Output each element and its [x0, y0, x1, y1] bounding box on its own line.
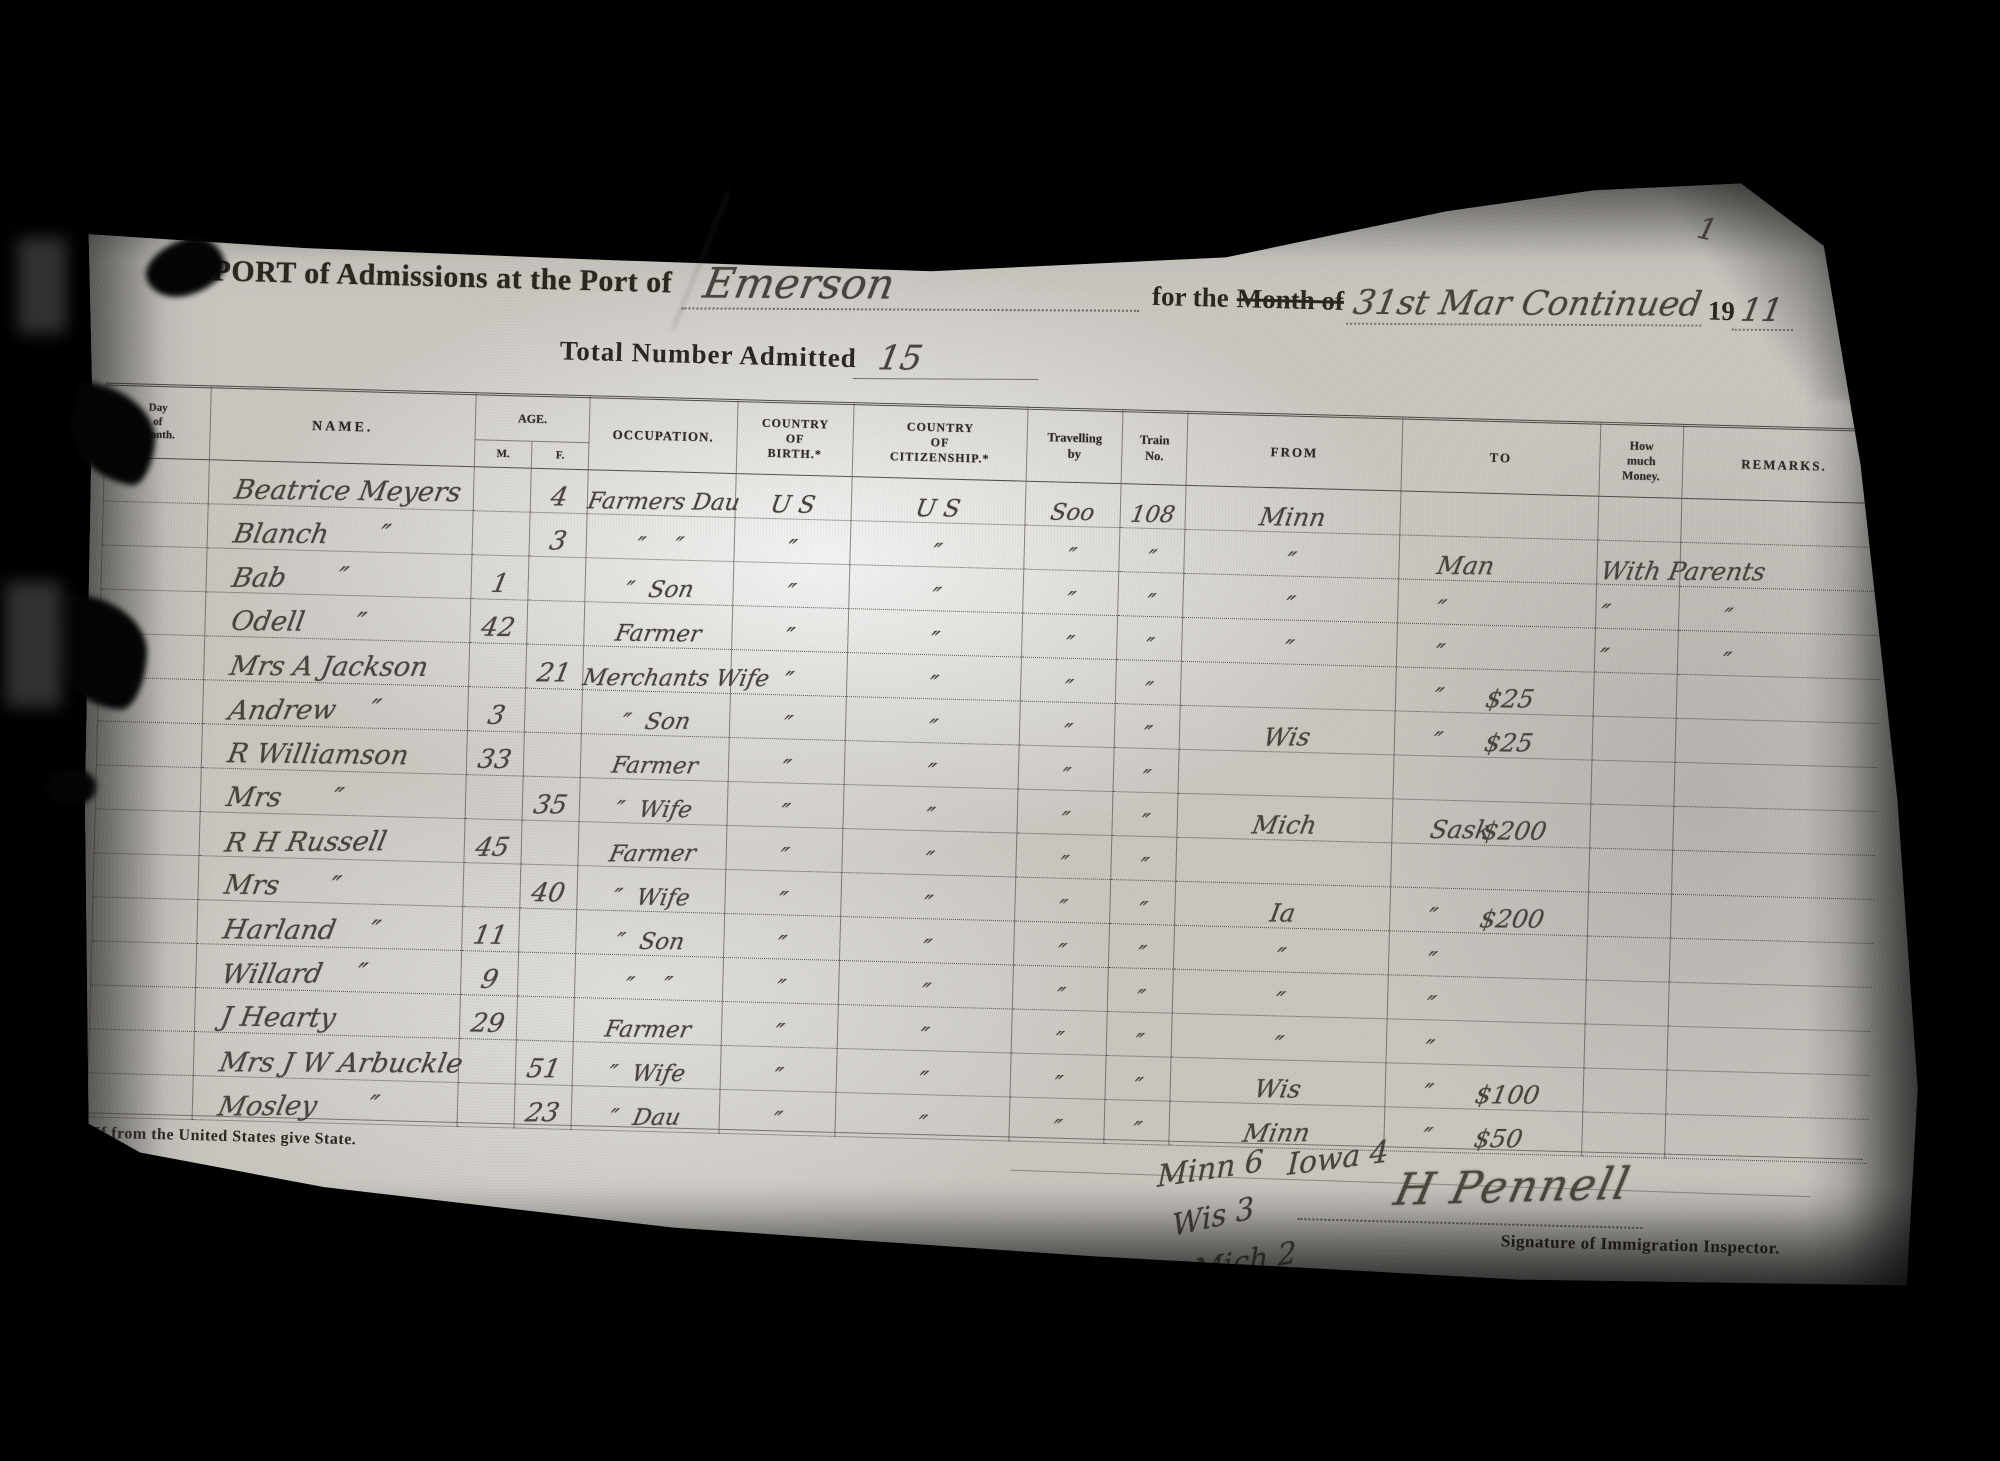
microfilm-scan: REPORT of Admissions at the Port of Emer… [0, 0, 2000, 1461]
cell-country-of-citizenship: ″ [920, 934, 934, 962]
month-label: for the [1152, 281, 1230, 314]
cell-train-no: ″ [1133, 986, 1147, 1012]
cell-age-m: 29 [469, 1009, 507, 1039]
cell-occupation: ″ Wife [613, 797, 694, 823]
cell-money: $200 [1480, 816, 1549, 845]
cell-name: Mrs A Jackson [227, 651, 430, 683]
total-admitted-line: Total Number Admitted 15 [559, 328, 1042, 382]
cell-age-f: 3 [547, 526, 569, 556]
cell-age-m: 3 [485, 701, 508, 731]
cell-country-of-birth: ″ [783, 623, 797, 651]
tally-minn: Minn 6 [1157, 1144, 1264, 1195]
cell-money: With Parents [1599, 557, 1769, 587]
cell-from: Mich [1250, 810, 1319, 839]
cell-money: $200 [1478, 904, 1547, 933]
cell-money: ″ [1597, 643, 1611, 672]
cell-name: Beatrice Meyers [232, 475, 463, 509]
cell-remarks: ″ [1720, 647, 1734, 675]
cell-country-of-birth: ″ [780, 755, 794, 783]
cell-travelling-by: ″ [1065, 544, 1078, 570]
col-header-age: AGE. [475, 394, 590, 443]
col-header-train-no: Train No. [1121, 411, 1188, 486]
cell-country-of-birth: ″ [785, 535, 799, 563]
year-handwritten: 11 [1731, 291, 1799, 331]
cell-train-no: ″ [1136, 898, 1149, 924]
cell-train-no: ″ [1137, 854, 1151, 880]
cell-to: ″ [1430, 727, 1445, 756]
cell-train-no: ″ [1138, 810, 1151, 836]
cell-from: ″ [1272, 987, 1287, 1016]
cell-name: Willard ″ [219, 958, 370, 990]
cell-occupation: Farmer [613, 621, 703, 648]
cell-from: ″ [1282, 635, 1296, 664]
inspector-signature-handwritten: H Pennell [1390, 1158, 1636, 1215]
cell-name: R H Russell [222, 826, 389, 858]
cell-travelling-by: ″ [1058, 808, 1071, 834]
cell-name: Bab ″ [229, 562, 351, 594]
cell-travelling-by: ″ [1053, 984, 1067, 1010]
cell-occupation: Farmers Dau [586, 488, 742, 516]
cell-travelling-by: ″ [1051, 1072, 1064, 1098]
cell-name: R Williamson [225, 738, 411, 771]
cell-from: Minn [1257, 502, 1328, 532]
signature-line [1297, 1218, 1642, 1229]
cell-country-of-birth: ″ [775, 930, 789, 958]
cell-train-no: ″ [1135, 942, 1148, 968]
report-header: REPORT of Admissions at the Port of Emer… [169, 240, 1796, 334]
cell-train-no: ″ [1132, 1030, 1145, 1056]
cell-travelling-by: Soo [1049, 500, 1097, 526]
cell-country-of-birth: ″ [784, 579, 799, 607]
col-header-age-female: F. [531, 441, 589, 469]
cell-train-no: ″ [1131, 1074, 1144, 1100]
tally-wis: Wis 3 [1172, 1190, 1255, 1244]
cell-age-f: 40 [530, 878, 568, 908]
cell-country-of-citizenship: ″ [927, 670, 941, 698]
cell-age-f: 21 [535, 658, 574, 688]
cell-train-no: ″ [1141, 678, 1154, 704]
cell-country-of-birth: U S [769, 490, 818, 518]
cell-from: Wis [1252, 1074, 1304, 1103]
cell-country-of-citizenship: ″ [921, 890, 935, 918]
cell-occupation: ″ Son [619, 709, 692, 735]
cell-name: Blanch ″ [231, 519, 393, 551]
cell-to: ″ [1421, 1078, 1436, 1107]
cell-travelling-by: ″ [1052, 1028, 1065, 1054]
cell-country-of-birth: ″ [778, 799, 792, 827]
cell-age-m: 11 [471, 921, 510, 951]
cell-country-of-birth: ″ [773, 974, 788, 1002]
cell-country-of-citizenship: U S [914, 494, 963, 522]
col-header-age-male: M. [474, 440, 532, 468]
signature-label: Signature of Immigration Inspector. [1501, 1231, 1781, 1258]
cell-travelling-by: ″ [1063, 632, 1076, 658]
col-header-occupation: OCCUPATION. [588, 397, 738, 474]
document-content: REPORT of Admissions at the Port of Emer… [56, 164, 1926, 1367]
cell-country-of-citizenship: ″ [918, 1022, 932, 1050]
cell-remarks: ″ [1720, 603, 1735, 631]
cell-to: ″ [1426, 902, 1440, 931]
cell-to: Man [1435, 551, 1497, 580]
corner-pen-mark: 1 [1694, 211, 1721, 249]
cell-country-of-citizenship: ″ [928, 626, 942, 654]
cell-from: ″ [1283, 591, 1298, 620]
cell-from: ″ [1272, 1030, 1286, 1059]
cell-country-of-citizenship: ″ [925, 758, 939, 786]
cell-occupation: ″ Son [614, 929, 687, 955]
film-margin-patch-1 [18, 238, 66, 333]
cell-occupation: Farmer [609, 753, 699, 780]
cell-from: Ia [1268, 898, 1298, 927]
admissions-table: Day of Month. NAME. AGE. OCCUPATION. COU… [87, 383, 1886, 1164]
cell-train-no: ″ [1143, 634, 1156, 660]
cell-travelling-by: ″ [1055, 940, 1068, 966]
report-title: REPORT of Admissions at the Port of [169, 253, 672, 300]
cell-name: Andrew ″ [226, 694, 384, 726]
year-printed: 19 [1707, 295, 1735, 327]
cell-train-no: ″ [1143, 590, 1157, 616]
cell-name: Mrs ″ [224, 782, 346, 813]
film-margin-patch-2 [6, 582, 61, 707]
col-header-travelling-by: Travelling by [1026, 408, 1123, 483]
cell-occupation: Farmer [603, 1016, 693, 1043]
cell-money: ″ [1597, 599, 1612, 628]
cell-age-m: 33 [476, 745, 514, 775]
cell-to: ″ [1422, 1034, 1436, 1063]
cell-name: Mrs ″ [222, 870, 344, 902]
month-of-struck-text: Month of [1236, 283, 1344, 317]
cell-money: $25 [1482, 728, 1535, 757]
col-header-money: How much Money. [1599, 423, 1684, 498]
cell-train-no: 108 [1129, 502, 1177, 528]
cell-occupation: ″ Wife [611, 885, 692, 912]
cell-occupation: Farmer [607, 841, 698, 868]
cell-train-no: ″ [1145, 546, 1158, 572]
tally-mich: Mich 2 [1193, 1235, 1297, 1290]
cell-country-of-birth: ″ [780, 711, 795, 739]
table-body: Beatrice Meyers 4 Farmers Dau U S U S So… [87, 457, 1884, 1163]
cell-country-of-birth: ″ [771, 1062, 785, 1090]
cell-from: ″ [1284, 547, 1299, 576]
col-header-from: FROM [1186, 412, 1403, 491]
cell-country-of-birth: ″ [782, 667, 796, 695]
col-header-to: TO [1401, 418, 1601, 496]
cell-occupation: ″ Wife [606, 1061, 687, 1087]
cell-country-of-birth: ″ [776, 886, 790, 914]
cell-travelling-by: ″ [1064, 588, 1078, 614]
cell-country-of-citizenship: ″ [923, 802, 937, 830]
cell-age-f: 51 [525, 1054, 564, 1084]
cell-country-of-birth: ″ [773, 1018, 787, 1046]
cell-travelling-by: ″ [1056, 896, 1069, 922]
cell-country-of-citizenship: ″ [916, 1066, 930, 1094]
port-name-handwritten: Emerson [681, 259, 1148, 312]
col-header-name: NAME. [209, 387, 476, 467]
cell-age-m: 45 [473, 833, 512, 863]
cell-country-of-citizenship: ″ [930, 538, 944, 566]
cell-country-of-citizenship: ″ [925, 714, 940, 742]
cell-age-f: 35 [532, 790, 571, 820]
cell-to: ″ [1431, 683, 1446, 712]
cell-country-of-citizenship: ″ [918, 978, 933, 1006]
cell-travelling-by: ″ [1062, 676, 1075, 702]
col-header-country-of-citizenship: COUNTRY OF CITIZENSHIP.* [852, 404, 1028, 482]
month-handwritten: 31st Mar Continued [1345, 283, 1708, 327]
cell-country-of-citizenship: ″ [922, 846, 937, 874]
total-admitted-label: Total Number Admitted [559, 335, 857, 374]
cell-money: $25 [1483, 684, 1536, 713]
total-admitted-value: 15 [853, 338, 1046, 380]
footnote: * If from the United States give State. [81, 1124, 357, 1149]
document-paper: REPORT of Admissions at the Port of Emer… [85, 165, 1925, 1320]
film-defect-left-3 [46, 768, 96, 806]
cell-travelling-by: ″ [1057, 852, 1071, 878]
cell-age-m: 42 [479, 613, 517, 643]
cell-occupation: ″ Son [622, 577, 695, 603]
col-header-country-of-birth: COUNTRY OF BIRTH.* [736, 401, 854, 477]
cell-country-of-birth: ″ [777, 843, 792, 871]
cell-from: Wis [1261, 722, 1313, 751]
cell-name: Harland ″ [220, 915, 383, 947]
col-header-remarks: REMARKS. [1682, 425, 1886, 503]
cell-to: ″ [1433, 595, 1448, 624]
cell-to: ″ [1425, 947, 1440, 976]
cell-age-f: 4 [548, 482, 570, 512]
cell-name: Odell ″ [229, 606, 369, 639]
cell-occupation: ″ ″ [623, 973, 675, 999]
cell-travelling-by: ″ [1060, 720, 1074, 746]
cell-to: ″ [1423, 990, 1438, 1019]
cell-to: ″ [1433, 639, 1447, 668]
cell-from: ″ [1274, 943, 1289, 972]
cell-age-m: 9 [478, 965, 501, 995]
cell-name: Mrs J W Arbuckle [217, 1047, 465, 1079]
cell-occupation: Merchants Wife [581, 665, 772, 692]
cell-name: J Hearty [219, 1002, 339, 1034]
cell-age-m: 1 [488, 569, 511, 599]
cell-money: $100 [1473, 1080, 1542, 1109]
cell-train-no: ″ [1140, 722, 1154, 748]
cell-country-of-citizenship: ″ [929, 582, 944, 610]
cell-occupation: ″ ″ [635, 533, 686, 559]
cell-train-no: ″ [1139, 766, 1152, 792]
cell-travelling-by: ″ [1059, 764, 1072, 790]
